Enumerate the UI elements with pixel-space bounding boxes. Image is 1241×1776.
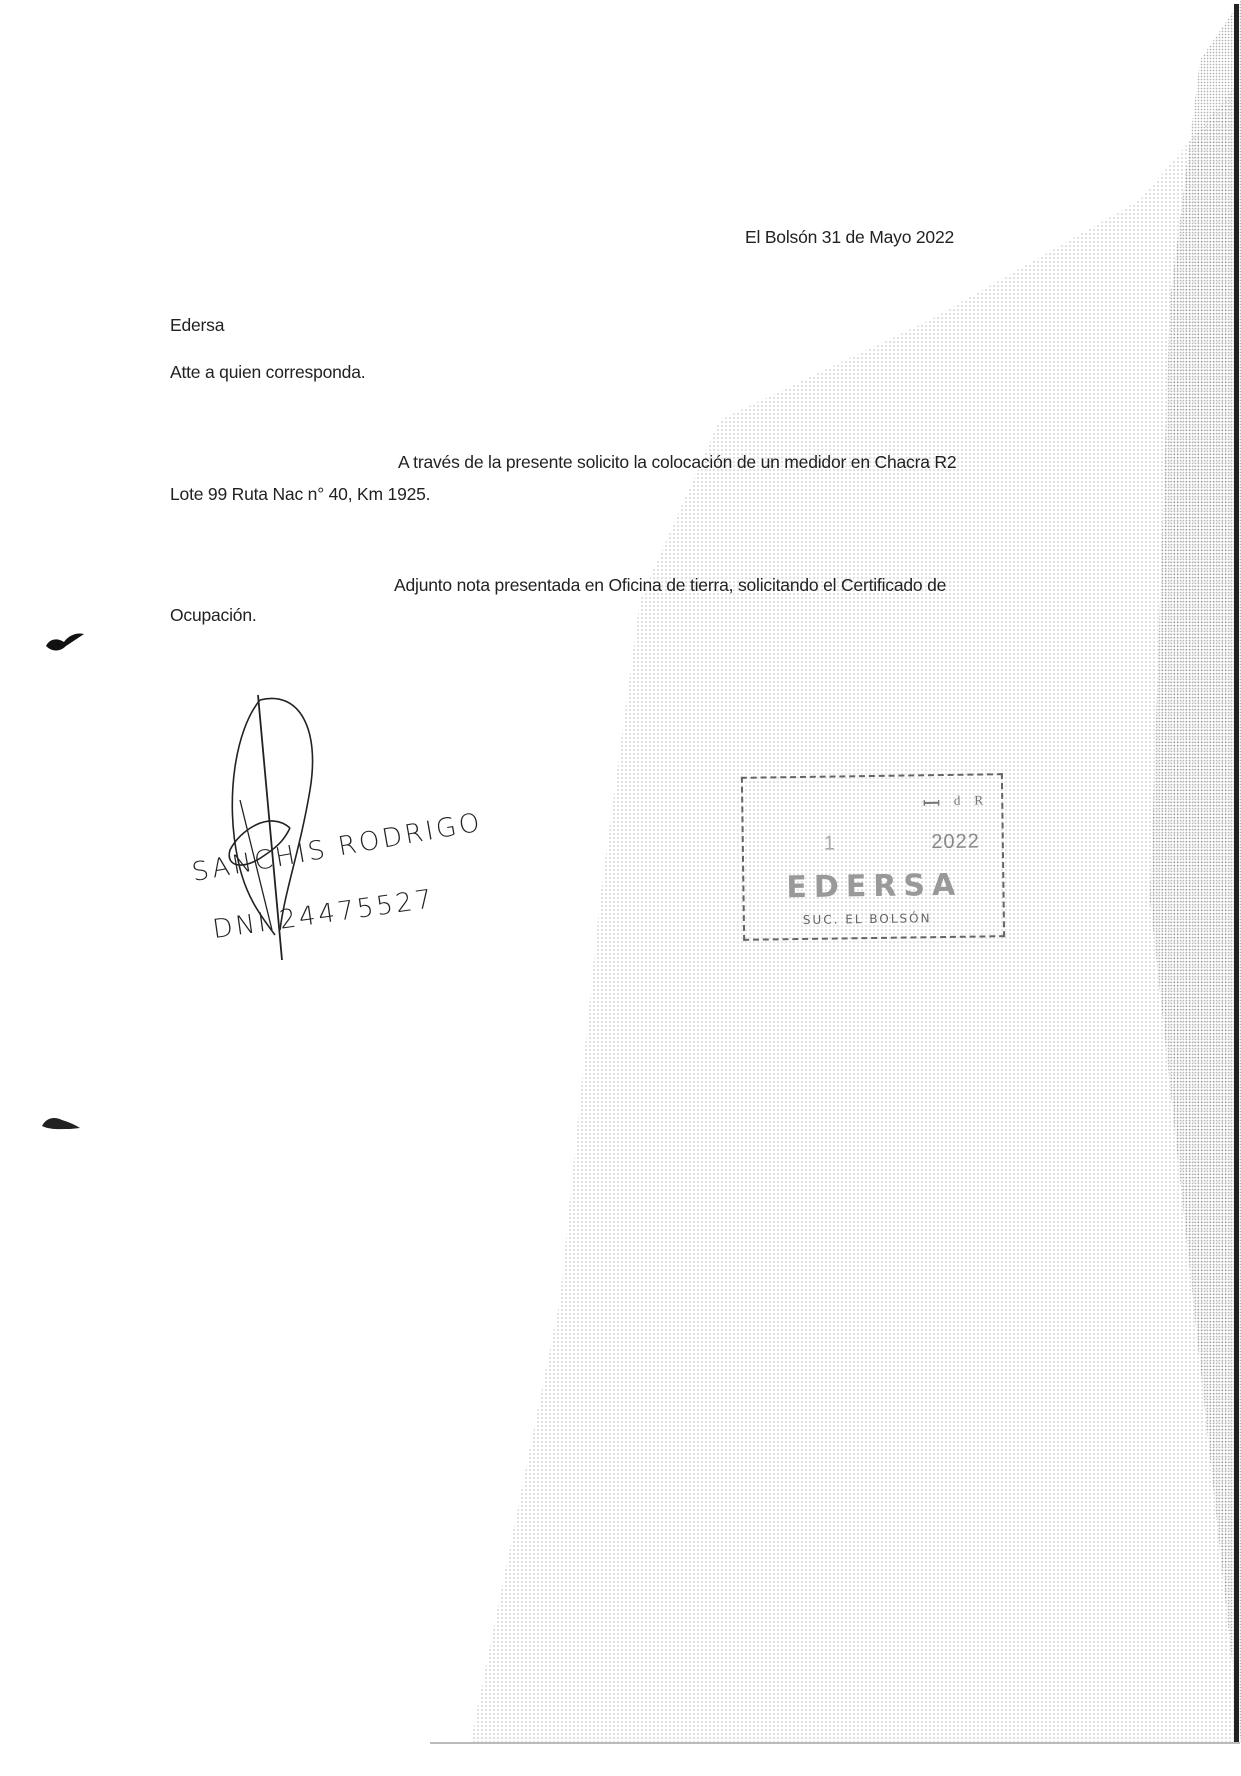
- paragraph-1-line-1: A través de la presente solicito la colo…: [398, 451, 956, 473]
- stamp-top-mark: ꟷ ᵈ ᴿ: [922, 787, 987, 818]
- stamp-year: 2022: [931, 831, 980, 855]
- scanned-letter-page: El Bolsón 31 de Mayo 2022 Edersa Atte a …: [0, 0, 1241, 1776]
- paragraph-2-line-1: Adjunto nota presentada en Oficina de ti…: [394, 574, 946, 596]
- salutation: Atte a quien corresponda.: [170, 361, 365, 383]
- page-edge-right: [1234, 4, 1239, 1744]
- paragraph-1-line-2: Lote 99 Ruta Nac n° 40, Km 1925.: [170, 483, 430, 505]
- scanner-shadow: [0, 0, 1241, 1745]
- stamp-brand: EDERSA: [786, 868, 962, 905]
- paragraph-2-line-2: Ocupación.: [170, 604, 257, 626]
- punch-mark-icon: [40, 1112, 84, 1132]
- recipient: Edersa: [170, 314, 224, 336]
- punch-mark-icon: [42, 628, 90, 656]
- date-line: El Bolsón 31 de Mayo 2022: [745, 226, 954, 248]
- stamp-day: 1: [824, 833, 835, 856]
- reception-stamp: ꟷ ᵈ ᴿ 1 2022 EDERSA SUC. EL BOLSÓN: [741, 773, 1005, 941]
- page-edge-bottom: [430, 1742, 1240, 1744]
- stamp-branch: SUC. EL BOLSÓN: [803, 911, 932, 927]
